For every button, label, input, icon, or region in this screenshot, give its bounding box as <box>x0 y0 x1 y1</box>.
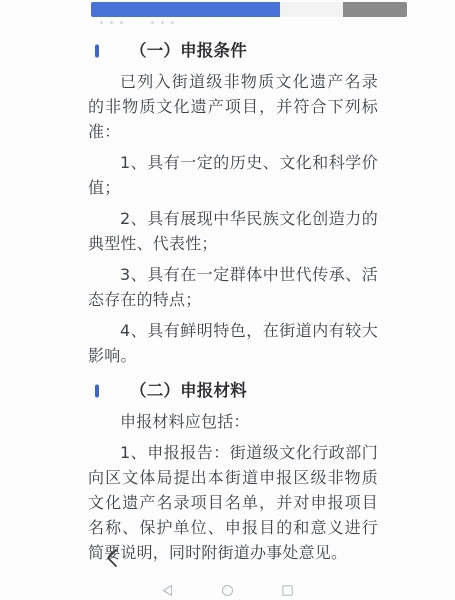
progress-buffer-segment <box>343 2 407 17</box>
section-heading-2: （二）申报材料 <box>88 378 378 403</box>
list-item: 4、具有鲜明特色，在街道内有较大影响。 <box>88 318 378 368</box>
section-heading-1-text: （一）申报条件 <box>130 41 247 60</box>
nav-back-triangle-icon[interactable] <box>161 584 174 597</box>
list-item: 3、具有在一定群体中世代传承、活态存在的特点； <box>88 262 378 312</box>
document-body: （一）申报条件 已列入街道级非物质文化遗产名录的非物质文化遗产项目，并符合下列标… <box>88 38 378 565</box>
nav-home-circle-icon[interactable] <box>221 584 234 597</box>
screen: （一）申报条件 已列入街道级非物质文化遗产名录的非物质文化遗产项目，并符合下列标… <box>0 0 455 600</box>
section-marker-icon <box>95 44 99 57</box>
paragraph: 1、申报报告：街道级文化行政部门向区文体局提出本街道申报区级非物质文化遗产名录项… <box>88 440 378 565</box>
section-marker-icon <box>95 384 99 397</box>
progress-filled-segment <box>91 2 280 17</box>
nav-recents-square-icon[interactable] <box>281 584 294 597</box>
paragraph: 申报材料应包括： <box>88 409 378 434</box>
section-heading-1: （一）申报条件 <box>88 38 378 63</box>
artifact-dots <box>100 21 181 24</box>
paragraph: 已列入街道级非物质文化遗产名录的非物质文化遗产项目，并符合下列标准： <box>88 69 378 144</box>
list-item: 1、具有一定的历史、文化和科学价值； <box>88 150 378 200</box>
progress-track-segment <box>280 2 343 17</box>
list-item: 2、具有展现中华民族文化创造力的典型性、代表性； <box>88 206 378 256</box>
section-heading-2-text: （二）申报材料 <box>130 381 247 400</box>
progress-bar[interactable] <box>91 2 407 17</box>
back-button[interactable] <box>102 547 122 569</box>
android-navbar <box>0 580 455 600</box>
back-chevron-icon <box>105 548 119 568</box>
